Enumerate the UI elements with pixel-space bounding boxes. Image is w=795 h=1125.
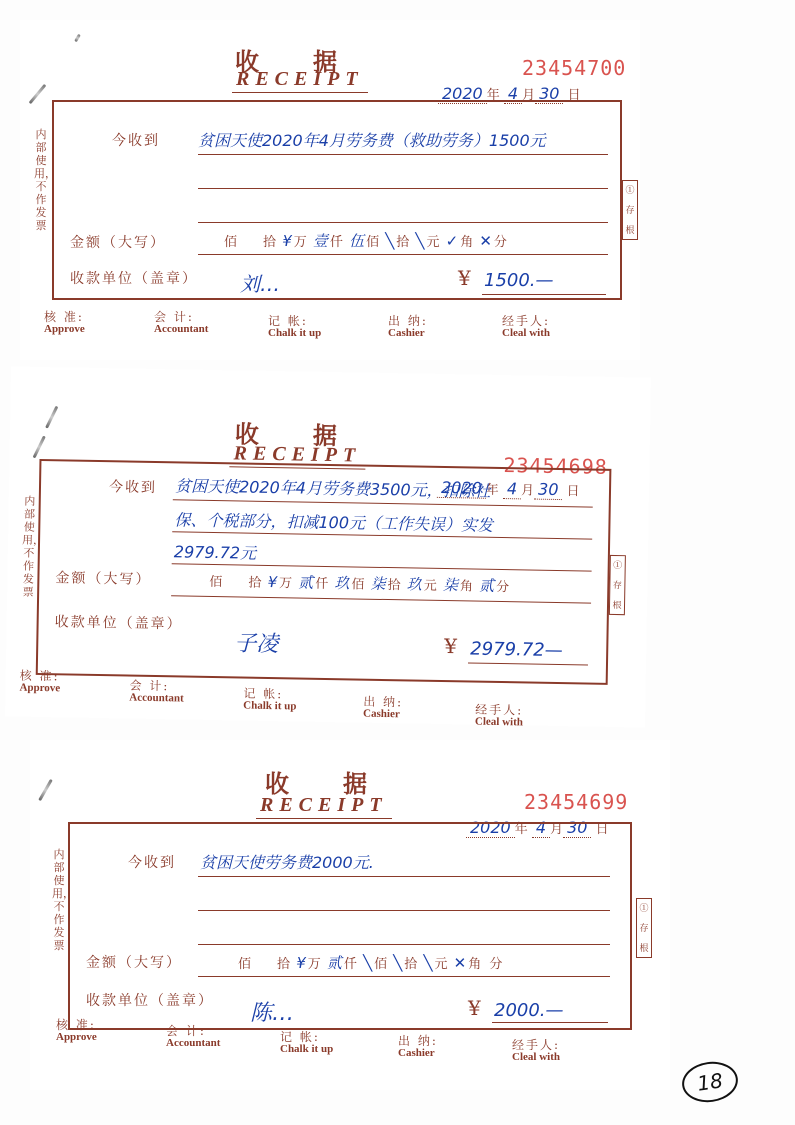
approve-field: 核 准:Approve bbox=[56, 1016, 97, 1043]
receipt-body: 今收到 贫困天使劳务费2000元. 金额（大写） 佰 拾 ¥万 贰仟 ╲佰 ╲拾… bbox=[68, 822, 632, 1030]
staple bbox=[38, 779, 53, 801]
divider bbox=[198, 222, 608, 223]
divider bbox=[171, 595, 591, 603]
received-from-line-3: 2979.72元 bbox=[174, 539, 257, 563]
received-from-label: 今收到 bbox=[112, 130, 160, 150]
received-from-line-1: 贫困天使2020年4月劳务费3500元，扣除社 bbox=[175, 473, 491, 502]
staple bbox=[45, 406, 58, 429]
handler-field: 经手人:Cleal with bbox=[512, 1036, 560, 1063]
staple bbox=[29, 84, 47, 104]
payee-label: 收款单位（盖章） bbox=[70, 268, 198, 288]
internal-use-note: 内部使用，不作发票 bbox=[21, 495, 37, 599]
cashier-field: 出 纳:Cashier bbox=[388, 312, 428, 339]
amount-numeric: 1500.— bbox=[484, 270, 554, 291]
amount-words-label: 金额（大写） bbox=[55, 567, 151, 589]
payee-signature: 陈… bbox=[250, 996, 294, 1027]
payee-label: 收款单位（盖章） bbox=[54, 611, 182, 633]
amount-words: 佰 拾 ¥万 贰仟 玖佰 柒拾 玖元 柒角 贰分 bbox=[209, 570, 509, 596]
internal-use-note: 内部使用，不作发票 bbox=[34, 128, 48, 232]
receipt-1: 收 据 RECEIPT 23454700 2020年 4月30 日 内部使用，不… bbox=[20, 20, 640, 360]
divider bbox=[198, 154, 608, 155]
staple bbox=[74, 34, 81, 42]
receipt-body: 今收到 贫困天使2020年4月劳务费（救助劳务）1500元 金额（大写） 佰 拾… bbox=[52, 100, 622, 300]
divider bbox=[198, 910, 610, 911]
divider bbox=[198, 254, 608, 255]
amount-numeric: 2000.— bbox=[494, 1000, 564, 1021]
stub-marker: ①存根 bbox=[636, 898, 652, 958]
receipt-title-en: RECEIPT bbox=[256, 794, 392, 819]
accountant-field: 会 计:Accountant bbox=[166, 1022, 220, 1049]
amount-words: 佰 拾 ¥万 壹仟 伍佰 ╲拾 ╲元 ✓角 ✕分 bbox=[224, 230, 507, 251]
payee-signature: 刘… bbox=[240, 268, 280, 297]
divider bbox=[198, 944, 610, 945]
stub-marker: ①存根 bbox=[609, 555, 626, 615]
approve-field: 核 准:Approve bbox=[44, 308, 85, 335]
divider bbox=[492, 1022, 608, 1023]
accountant-field: 会 计:Accountant bbox=[129, 677, 184, 705]
receipt-3: 收 据 RECEIPT 23454699 2020年 4月30 日 内部使用，不… bbox=[30, 740, 670, 1090]
received-from-line-1: 贫困天使2020年4月劳务费（救助劳务）1500元 bbox=[198, 128, 546, 151]
amount-words-label: 金额（大写） bbox=[86, 952, 182, 972]
internal-use-note: 内部使用，不作发票 bbox=[52, 848, 66, 952]
cashier-field: 出 纳:Cashier bbox=[398, 1032, 438, 1059]
payee-label: 收款单位（盖章） bbox=[86, 990, 214, 1010]
chalk-it-up-field: 记 帐:Chalk it up bbox=[243, 685, 297, 713]
cashier-field: 出 纳:Cashier bbox=[363, 693, 403, 721]
amount-numeric: 2979.72— bbox=[470, 638, 563, 661]
stub-marker: ①存根 bbox=[622, 180, 638, 240]
handler-field: 经手人:Cleal with bbox=[475, 701, 524, 729]
serial-number: 23454699 bbox=[524, 790, 628, 814]
amount-words: 佰 拾 ¥万 贰仟 ╲佰 ╲拾 ╲元 ✕角 分 bbox=[238, 952, 502, 973]
divider bbox=[468, 662, 588, 665]
receipt-title-en: RECEIPT bbox=[232, 68, 368, 93]
chalk-it-up-field: 记 帐:Chalk it up bbox=[268, 312, 321, 339]
page-number: 18 bbox=[679, 1058, 740, 1105]
accountant-field: 会 计:Accountant bbox=[154, 308, 208, 335]
received-from-label: 今收到 bbox=[109, 476, 157, 497]
currency-symbol: ¥ bbox=[458, 266, 471, 290]
divider bbox=[198, 188, 608, 189]
divider bbox=[173, 499, 593, 507]
divider bbox=[198, 976, 610, 977]
amount-words-label: 金额（大写） bbox=[70, 232, 166, 252]
currency-symbol: ¥ bbox=[444, 634, 457, 658]
receipt-2: 收 据 RECEIPT 23454698 2020年 4月30 日 内部使用，不… bbox=[5, 366, 651, 727]
staple bbox=[33, 436, 46, 459]
divider bbox=[482, 294, 606, 295]
serial-number: 23454700 bbox=[522, 56, 626, 80]
chalk-it-up-field: 记 帐:Chalk it up bbox=[280, 1028, 333, 1055]
receipt-body: 今收到 贫困天使2020年4月劳务费3500元，扣除社 保、个税部分，扣减100… bbox=[36, 459, 612, 685]
approve-field: 核 准:Approve bbox=[19, 667, 60, 695]
received-from-label: 今收到 bbox=[128, 852, 176, 872]
divider bbox=[198, 876, 610, 877]
currency-symbol: ¥ bbox=[468, 996, 481, 1020]
received-from-line-1: 贫困天使劳务费2000元. bbox=[200, 850, 374, 873]
handler-field: 经手人:Cleal with bbox=[502, 312, 550, 339]
payee-signature: 子凌 bbox=[234, 626, 279, 658]
